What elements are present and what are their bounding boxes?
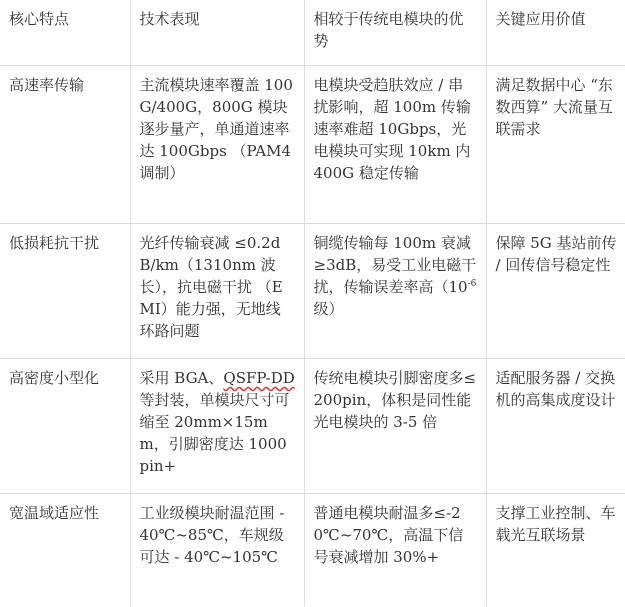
advantage-text-end: 级） <box>314 300 344 318</box>
cell-value: 满足数据中心 “东数西算” 大流量互联需求 <box>486 66 625 224</box>
table-row: 宽温域适应性 工业级模块耐温范围 - 40℃~85℃，车规级可达 - 40℃~1… <box>0 494 625 607</box>
cell-tech: 光纤传输衰减 ≤0.2dB/km（1310nm 波长），抗电磁干扰 （EMI）能… <box>130 224 304 359</box>
header-advantage: 相较于传统电模块的优势 <box>304 0 486 66</box>
cell-feature: 高速率传输 <box>0 66 130 224</box>
header-application-value: 关键应用价值 <box>486 0 625 66</box>
cell-feature: 低损耗抗干扰 <box>0 224 130 359</box>
tech-text-end: 等封装，单模块尺寸可缩至 20mm×15mm，引脚密度达 1000pin+ <box>140 391 290 475</box>
tech-text: 采用 BGA、 <box>140 369 224 387</box>
cell-advantage: 电模块受趋肤效应 / 串扰影响，超 100m 传输速率难超 10Gbps，光电模… <box>304 66 486 224</box>
cell-advantage: 铜缆传输每 100m 衰减≥3dB，易受工业电磁干扰，传输误差率高（10-6级） <box>304 224 486 359</box>
advantage-text: 铜缆传输每 100m 衰减≥3dB，易受工业电磁干扰，传输误差率高（10 <box>314 234 477 296</box>
cell-tech: 工业级模块耐温范围 - 40℃~85℃，车规级可达 - 40℃~105℃ <box>130 494 304 607</box>
spellcheck-flagged-word[interactable]: QSFP-DD <box>223 369 294 387</box>
feature-comparison-table: 核心特点 技术表现 相较于传统电模块的优势 关键应用价值 高速率传输 主流模块速… <box>0 0 625 606</box>
cell-tech: 主流模块速率覆盖 100G/400G，800G 模块逐步量产，单通道速率达 10… <box>130 66 304 224</box>
header-core-feature: 核心特点 <box>0 0 130 66</box>
cell-advantage: 普通电模块耐温多≤-20℃~70℃，高温下信号衰减增加 30%+ <box>304 494 486 607</box>
cell-advantage: 传统电模块引脚密度多≤200pin，体积是同性能光电模块的 3-5 倍 <box>304 359 486 494</box>
cell-feature: 高密度小型化 <box>0 359 130 494</box>
table-header-row: 核心特点 技术表现 相较于传统电模块的优势 关键应用价值 <box>0 0 625 66</box>
cell-value: 适配服务器 / 交换机的高集成度设计 <box>486 359 625 494</box>
table-row: 高速率传输 主流模块速率覆盖 100G/400G，800G 模块逐步量产，单通道… <box>0 66 625 224</box>
header-tech-performance: 技术表现 <box>130 0 304 66</box>
cell-value: 支撑工业控制、车载光互联场景 <box>486 494 625 607</box>
cell-feature: 宽温域适应性 <box>0 494 130 607</box>
exponent: -6 <box>468 279 477 289</box>
cell-tech: 采用 BGA、QSFP-DD 等封装，单模块尺寸可缩至 20mm×15mm，引脚… <box>130 359 304 494</box>
cell-value: 保障 5G 基站前传 / 回传信号稳定性 <box>486 224 625 359</box>
table-row: 低损耗抗干扰 光纤传输衰减 ≤0.2dB/km（1310nm 波长），抗电磁干扰… <box>0 224 625 359</box>
table-row: 高密度小型化 采用 BGA、QSFP-DD 等封装，单模块尺寸可缩至 20mm×… <box>0 359 625 494</box>
